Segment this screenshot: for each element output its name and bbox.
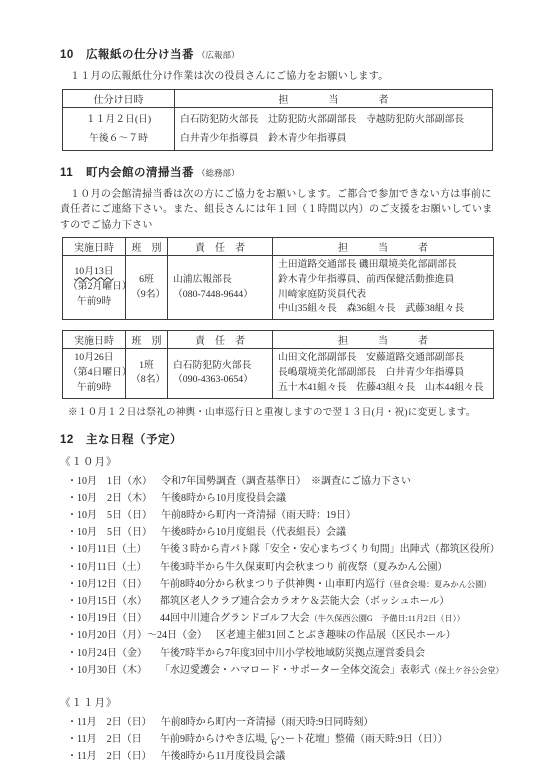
- section-cleaning-duty: 11 町内会館の清掃当番 （総務部） １０月の会館清掃当番は次の方にご協力をお願…: [60, 164, 492, 418]
- header-group: 班 別: [126, 331, 168, 349]
- schedule-date: ・10月12日（日）: [67, 576, 151, 593]
- header-manager: 責 任 者: [168, 331, 273, 349]
- section12-number: 12: [60, 434, 86, 446]
- section11-intro: １０月の会館清掃当番は次の方にご協力をお願いします。ご都合で参加できない方は事前…: [60, 187, 496, 234]
- datetime-line: 午後６～７時: [68, 129, 169, 148]
- table-header-row: 仕分け日時 担 当 者: [63, 89, 493, 107]
- schedule-desc: 午後3時半から牛久保東町内会秋まつり 前夜祭（夏みかん公園）: [160, 562, 448, 573]
- schedule-item: ・10月 5日（日）午前8時から町内一斉清掃（雨天時：19日）: [67, 507, 492, 524]
- header-date: 実施日時: [63, 238, 126, 256]
- schedule-desc-small: （保土ケ谷公会堂）: [430, 666, 504, 675]
- november-schedule: 《１１月》 ・11月 2日（日）午前8時から町内一斉清掃（雨天時:9日同時刻） …: [60, 695, 492, 766]
- schedule-desc: 午後7時半から7年度3回中川小学校地域防災拠点運営委員会: [160, 648, 425, 659]
- section10-department-note: （広報部）: [197, 49, 240, 61]
- section11-title-text: 町内会館の清掃当番: [86, 164, 194, 180]
- schedule-date: ・10月 5日（日）: [67, 524, 152, 541]
- table-row: 10月13日 （第2月曜日） 午前9時 6班 （9名） 山浦広報部長 （080-…: [63, 256, 494, 320]
- schedule-date: ・10月11日（土）: [67, 541, 151, 558]
- schedule-desc: 午前8時から町内一斉清掃（雨天時：19日）: [161, 510, 356, 521]
- section10-title: 10 広報紙の仕分け当番 （広報部）: [60, 46, 492, 62]
- october-items: ・10月 1日（水）令和7年国勢調査（調査基準日） ※調査にご協力下さい ・10…: [67, 473, 492, 679]
- schedule-item: ・10月24日（金）午後7時半から7年度3回中川小学校地域防災拠点運営委員会: [67, 645, 492, 662]
- october-schedule: 《１０月》 ・10月 1日（水）令和7年国勢調査（調査基準日） ※調査にご協力下…: [60, 454, 492, 679]
- staff-line: 土田道路交通部長 磯田環境美化部副部長: [278, 258, 488, 273]
- schedule-date: ・10月30日（木）: [67, 662, 151, 679]
- section10-number: 10: [60, 49, 86, 61]
- table-header-row: 実施日時 班 別 責 任 者 担 当 者: [63, 238, 494, 256]
- schedule-desc: 午後8時から11月度役員会議: [161, 751, 286, 762]
- section11-title: 11 町内会館の清掃当番 （総務部）: [60, 164, 492, 180]
- schedule-change-note: ※１０月１２日は祭礼の神輿・山車巡行日と重複しますので翌１３日(月・祝)に変更し…: [68, 404, 492, 418]
- group-line: （9名）: [131, 288, 162, 303]
- date-line: 10月26日: [68, 351, 120, 366]
- date-line-underlined: 10月13日: [68, 265, 120, 280]
- schedule-date: ・10月19日（日）: [67, 610, 151, 627]
- schedule-item: ・10月15日（水）都筑区老人クラブ連合会カラオケ＆芸能大会（ボッシュホール）: [67, 593, 492, 610]
- schedule-item: ・10月11日（土）午後3時半から牛久保東町内会秋まつり 前夜祭（夏みかん公園）: [67, 559, 492, 576]
- table-header-row: 実施日時 班 別 責 任 者 担 当 者: [63, 331, 494, 349]
- schedule-desc: 午前8時40分から秋まつり子供神輿・山車町内巡行: [160, 579, 385, 590]
- schedule-item: ・10月19日（日）44回中川連合グランドゴルフ大会（牛久保西公園G 予備日:1…: [67, 610, 492, 627]
- header-group: 班 別: [126, 238, 168, 256]
- group-line: （8名）: [131, 373, 162, 388]
- schedule-date: ・10月24日（金）: [67, 645, 151, 662]
- section10-title-text: 広報紙の仕分け当番: [86, 46, 194, 62]
- section10-intro: １１月の広報紙仕分け作業は次の役員さんにご協力をお願いします。: [60, 69, 496, 85]
- staff-line: 白井青少年指導員 鈴木青少年指導員: [180, 129, 487, 148]
- schedule-item: ・10月 5日（日）午後8時から10月度組長（代表組長）会議: [67, 524, 492, 541]
- group-line: 1班: [131, 359, 162, 374]
- cleaning-duty-table-2: 実施日時 班 別 責 任 者 担 当 者 10月26日 （第4日曜日） 午前9時…: [62, 330, 494, 398]
- manager-line: （090-4363-0654）: [173, 373, 267, 388]
- schedule-item: ・10月11日（土）午後３時から青パト隊「安全・安心まちづくり旬間」出陣式（都筑…: [67, 541, 492, 558]
- section12-title: 12 主な日程（予定）: [60, 431, 492, 447]
- schedule-desc: 都筑区老人クラブ連合会カラオケ＆芸能大会（ボッシュホール）: [160, 596, 449, 607]
- date-line: 午前9時: [68, 295, 120, 310]
- manager-cell: 山浦広報部長 （080-7448-9644）: [168, 256, 273, 320]
- staff-line: 川崎家庭防災員代表: [278, 288, 488, 303]
- datetime-line: １１月２日(日): [68, 110, 169, 129]
- schedule-item: ・10月30日（木）「水辺愛護会・ハマロード・サポーター全体交流会」表彰式（保土…: [67, 662, 492, 679]
- date-line: 午前9時: [68, 381, 120, 396]
- manager-line: （080-7448-9644）: [173, 288, 267, 303]
- group-cell: 1班 （8名）: [126, 349, 168, 398]
- table-gap: [60, 320, 492, 327]
- staff-cell: 白石防犯防火部長 辻防犯防火部副部長 寺越防犯防火部副部長 白井青少年指導員 鈴…: [175, 107, 493, 150]
- header-manager: 責 任 者: [168, 238, 273, 256]
- cleaning-duty-table-1: 実施日時 班 別 責 任 者 担 当 者 10月13日 （第2月曜日） 午前9時…: [62, 237, 494, 320]
- group-line: 6班: [131, 273, 162, 288]
- sorting-duty-table: 仕分け日時 担 当 者 １１月２日(日) 午後６～７時 白石防犯防火部長 辻防犯…: [62, 89, 493, 151]
- schedule-desc: 午後３時から青パト隊「安全・安心まちづくり旬間」出陣式（都筑区役所）: [160, 544, 500, 555]
- november-heading: 《１１月》: [60, 695, 492, 710]
- manager-line: 白石防犯防火部長: [173, 359, 267, 374]
- schedule-date: ・11月 2日（日）: [67, 714, 152, 731]
- schedule-desc: 44回中川連合グランドゴルフ大会: [160, 613, 310, 624]
- schedule-date: ・10月 5日（日）: [67, 507, 152, 524]
- header-staff: 担 当 者: [175, 89, 493, 107]
- schedule-item: ・11月 2日（日）午後8時から11月度役員会議: [67, 748, 492, 765]
- staff-line: 山田文化部副部長 安藤道路交通部副部長: [278, 351, 488, 366]
- table-row: 10月26日 （第4日曜日） 午前9時 1班 （8名） 白石防犯防火部長 （09…: [63, 349, 494, 398]
- schedule-date: ・10月20日（月）～24日（金）: [67, 627, 207, 644]
- header-datetime: 仕分け日時: [63, 89, 175, 107]
- staff-line: 鈴木青少年指導員、前西保健活動推進員: [278, 273, 488, 288]
- schedule-desc: 午後8時から10月度役員会議: [161, 493, 286, 504]
- header-staff: 担 当 者: [273, 238, 494, 256]
- date-cell: 10月26日 （第4日曜日） 午前9時: [63, 349, 126, 398]
- schedule-date: ・10月15日（水）: [67, 593, 151, 610]
- date-cell: 10月13日 （第2月曜日） 午前9時: [63, 256, 126, 320]
- schedule-item: ・11月 2日（日）午前8時から町内一斉清掃（雨天時:9日同時刻）: [67, 714, 492, 731]
- datetime-cell: １１月２日(日) 午後６～７時: [63, 107, 175, 150]
- staff-cell: 山田文化部副部長 安藤道路交通部副部長 長嶋環境美化部副部長 白井青少年指導員 …: [273, 349, 494, 398]
- schedule-desc: 令和7年国勢調査（調査基準日） ※調査にご協力下さい: [161, 476, 411, 487]
- section-main-schedule: 12 主な日程（予定） 《１０月》 ・10月 1日（水）令和7年国勢調査（調査基…: [60, 431, 492, 766]
- schedule-date: ・10月 1日（水）: [67, 473, 152, 490]
- schedule-item: ・10月12日（日）午前8時40分から秋まつり子供神輿・山車町内巡行（昼食会場：…: [67, 576, 492, 593]
- staff-line: 白石防犯防火部長 辻防犯防火部副部長 寺越防犯防火部副部長: [180, 110, 487, 129]
- section12-title-text: 主な日程（予定）: [86, 431, 182, 447]
- document-page: 10 広報紙の仕分け当番 （広報部） １１月の広報紙仕分け作業は次の役員さんにご…: [0, 0, 549, 776]
- schedule-date: ・10月 2日（木）: [67, 490, 152, 507]
- manager-cell: 白石防犯防火部長 （090-4363-0654）: [168, 349, 273, 398]
- header-staff: 担 当 者: [273, 331, 494, 349]
- table-row: １１月２日(日) 午後６～７時 白石防犯防火部長 辻防犯防火部副部長 寺越防犯防…: [63, 107, 493, 150]
- date-line: （第4日曜日）: [68, 366, 120, 381]
- schedule-desc: 「水辺愛護会・ハマロード・サポーター全体交流会」表彰式: [160, 665, 430, 676]
- schedule-date: ・10月11日（土）: [67, 559, 151, 576]
- schedule-item: ・10月20日（月）～24日（金）区老連主催31回ことぶき趣味の作品展（区民ホー…: [67, 627, 492, 644]
- staff-line: 中山35組々長 森36組々長 武藤38組々長: [278, 302, 488, 317]
- header-date: 実施日時: [63, 331, 126, 349]
- schedule-desc-small: （牛久保西公園G 予備日:11月2日（日））: [310, 614, 465, 623]
- schedule-item: ・10月 2日（木）午後8時から10月度役員会議: [67, 490, 492, 507]
- schedule-desc: 午後8時から10月度組長（代表組長）会議: [161, 527, 346, 538]
- schedule-desc: 午前8時から町内一斉清掃（雨天時:9日同時刻）: [161, 717, 374, 728]
- october-heading: 《１０月》: [60, 454, 492, 469]
- section11-number: 11: [60, 167, 86, 179]
- schedule-desc: 区老連主催31回ことぶき趣味の作品展（区民ホール）: [216, 630, 456, 641]
- section-sorting-duty: 10 広報紙の仕分け当番 （広報部） １１月の広報紙仕分け作業は次の役員さんにご…: [60, 46, 492, 151]
- staff-line: 長嶋環境美化部副部長 白井青少年指導員: [278, 366, 488, 381]
- date-line: （第2月曜日）: [68, 280, 120, 295]
- schedule-item: ・10月 1日（水）令和7年国勢調査（調査基準日） ※調査にご協力下さい: [67, 473, 492, 490]
- schedule-date: ・11月 2日（日）: [67, 748, 152, 765]
- page-number: - 6 -: [0, 738, 549, 748]
- group-cell: 6班 （9名）: [126, 256, 168, 320]
- staff-cell: 土田道路交通部長 磯田環境美化部副部長 鈴木青少年指導員、前西保健活動推進員 川…: [273, 256, 494, 320]
- staff-line: 五十木41組々長 佐藤43組々長 山本44組々長: [278, 381, 488, 396]
- section11-department-note: （総務部）: [197, 167, 240, 179]
- manager-line: 山浦広報部長: [173, 273, 267, 288]
- schedule-desc-small: （昼食会場：夏みかん公園）: [385, 580, 491, 589]
